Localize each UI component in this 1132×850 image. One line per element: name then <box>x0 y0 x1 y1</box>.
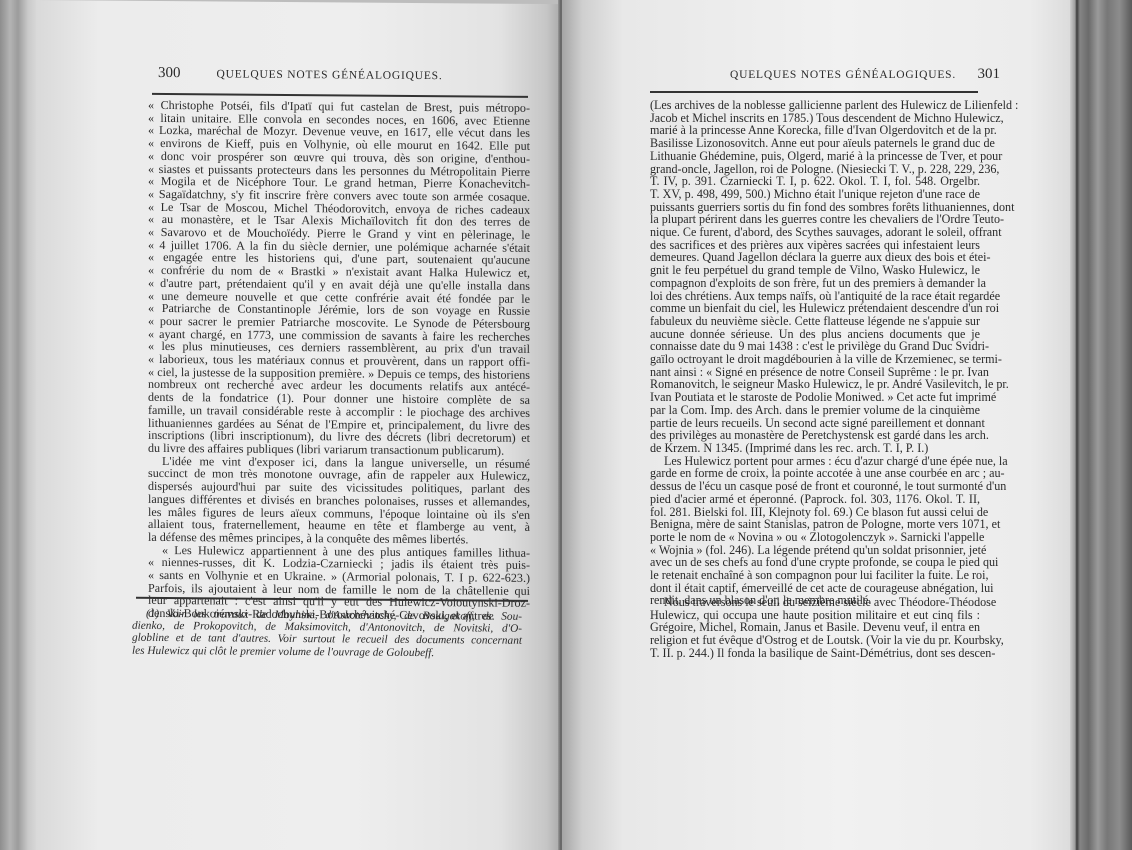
text-line: religion et fut évêque d'Ostrog et de Lo… <box>650 634 980 647</box>
header-rule-left <box>152 93 528 98</box>
text-line: (Les archives de la noblesse gallicienne… <box>650 99 980 112</box>
left-footnote: (1) Voir les travaux de Mouhine, d'Askot… <box>132 608 522 660</box>
text-line: dessus de l'écu un casque posé de front … <box>650 480 980 493</box>
text-line: fabuleux du neuvième siècle. Cette flatt… <box>650 315 980 328</box>
page-number-right: 301 <box>978 66 1001 83</box>
text-line: compagnon d'exploits de son frère, fut u… <box>650 277 980 290</box>
text-line: Nous traversons le seuil du seizième siè… <box>650 596 980 609</box>
book-edge-right <box>1070 0 1132 850</box>
text-line: T. II. p. 244.) Il fonda la basilique de… <box>650 647 980 660</box>
book-spread: 300 QUELQUES NOTES GÉNÉALOGIQUES. « Chri… <box>0 0 1132 850</box>
running-title-left: QUELQUES NOTES GÉNÉALOGIQUES. <box>217 68 443 82</box>
left-page: 300 QUELQUES NOTES GÉNÉALOGIQUES. « Chri… <box>36 0 562 850</box>
text-line: porte le nom de « Novina » ou « Zlotogol… <box>650 531 980 544</box>
text-line: T. XV, p. 498, 499, 500.) Michno était l… <box>650 188 980 201</box>
left-running-head: 300 QUELQUES NOTES GÉNÉALOGIQUES. <box>158 65 528 85</box>
text-line: Ivan Poutiata et le staroste de Podolie … <box>650 391 980 404</box>
text-line: Lithuanie Ghédemine, puis, Olgerd, marié… <box>650 150 980 163</box>
text-line: par la Com. Imp. des Arch. dans le premi… <box>650 404 980 417</box>
right-running-head: QUELQUES NOTES GÉNÉALOGIQUES. 301 <box>730 66 1000 83</box>
running-title-right: QUELQUES NOTES GÉNÉALOGIQUES. <box>730 69 956 81</box>
text-line: Benigna, mère de saint Stanislas, patron… <box>650 518 980 531</box>
text-line: le retenait enchaîné à son compagnon pou… <box>650 569 980 582</box>
text-line: pied d'acier armé et éperonné. (Paprock.… <box>650 493 980 506</box>
page-number-left: 300 <box>158 65 181 82</box>
text-line: de Krzem. N 1345. (Imprimé dans les rec.… <box>650 442 980 455</box>
text-line: gaïlo octroyant le droit magdébourien à … <box>650 353 980 366</box>
right-body-text: (Les archives de la noblesse gallicienne… <box>650 99 980 607</box>
book-edge-left <box>0 0 40 850</box>
header-rule-right <box>650 91 978 93</box>
text-line: gnit le feu perpétuel du grand temple de… <box>650 264 980 277</box>
text-line: Basilisse Lizonosovitch. Anne eut pour a… <box>650 137 980 150</box>
right-second-paragraph: Nous traversons le seuil du seizième siè… <box>650 596 980 660</box>
left-body-text: « Christophe Potséi, fils d'Ipatï qui fu… <box>148 99 530 623</box>
right-page: QUELQUES NOTES GÉNÉALOGIQUES. 301 (Les a… <box>562 0 1070 850</box>
text-line: nique. Ce furent, d'abord, des Scythes s… <box>650 226 980 239</box>
